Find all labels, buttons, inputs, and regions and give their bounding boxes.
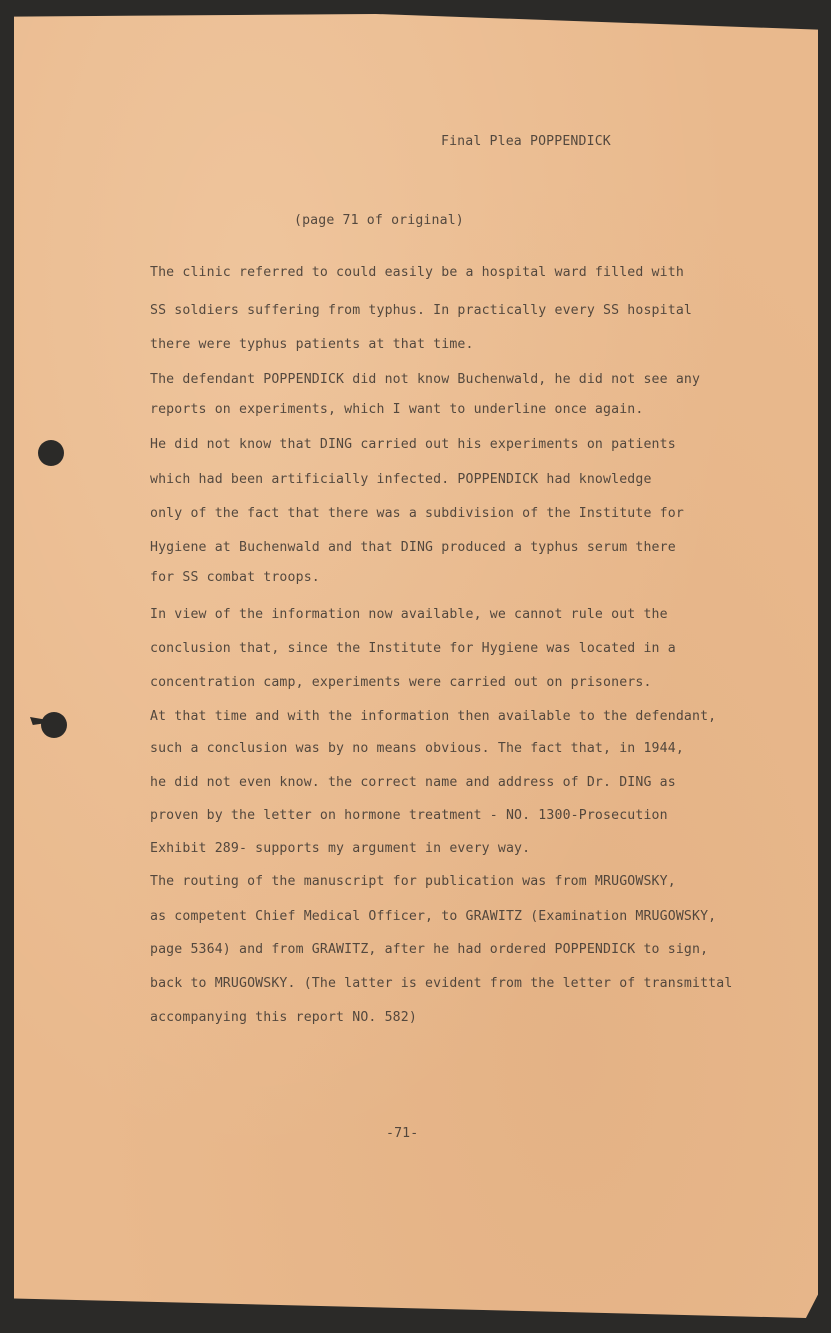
body-line: Hygiene at Buchenwald and that DING prod… bbox=[150, 540, 676, 555]
body-line: there were typhus patients at that time. bbox=[150, 337, 474, 352]
body-line: reports on experiments, which I want to … bbox=[150, 402, 643, 417]
page-number: -71- bbox=[386, 1126, 418, 1141]
body-line: SS soldiers suffering from typhus. In pr… bbox=[150, 303, 692, 318]
body-line: At that time and with the information th… bbox=[150, 709, 716, 724]
body-line: The defendant POPPENDICK did not know Bu… bbox=[150, 372, 700, 387]
body-line: accompanying this report NO. 582) bbox=[150, 1010, 417, 1025]
body-line: as competent Chief Medical Officer, to G… bbox=[150, 909, 716, 924]
page-reference: (page 71 of original) bbox=[294, 213, 464, 228]
body-line: In view of the information now available… bbox=[150, 607, 668, 622]
body-line: which had been artificially infected. PO… bbox=[150, 472, 652, 487]
body-line: for SS combat troops. bbox=[150, 570, 320, 585]
body-line: The clinic referred to could easily be a… bbox=[150, 265, 684, 280]
punch-hole bbox=[38, 440, 64, 466]
document-header: Final Plea POPPENDICK bbox=[441, 134, 611, 149]
body-line: back to MRUGOWSKY. (The latter is eviden… bbox=[150, 976, 732, 991]
paper-page bbox=[14, 14, 818, 1318]
body-line: proven by the letter on hormone treatmen… bbox=[150, 808, 668, 823]
body-line: such a conclusion was by no means obviou… bbox=[150, 741, 684, 756]
body-line: conclusion that, since the Institute for… bbox=[150, 641, 676, 656]
body-line: page 5364) and from GRAWITZ, after he ha… bbox=[150, 942, 708, 957]
scanned-document: Final Plea POPPENDICK (page 71 of origin… bbox=[0, 0, 831, 1333]
body-line: He did not know that DING carried out hi… bbox=[150, 437, 676, 452]
body-line: Exhibit 289- supports my argument in eve… bbox=[150, 841, 530, 856]
body-line: The routing of the manuscript for public… bbox=[150, 874, 676, 889]
punch-hole bbox=[41, 712, 67, 738]
body-line: only of the fact that there was a subdiv… bbox=[150, 506, 684, 521]
body-line: concentration camp, experiments were car… bbox=[150, 675, 652, 690]
body-line: he did not even know. the correct name a… bbox=[150, 775, 676, 790]
